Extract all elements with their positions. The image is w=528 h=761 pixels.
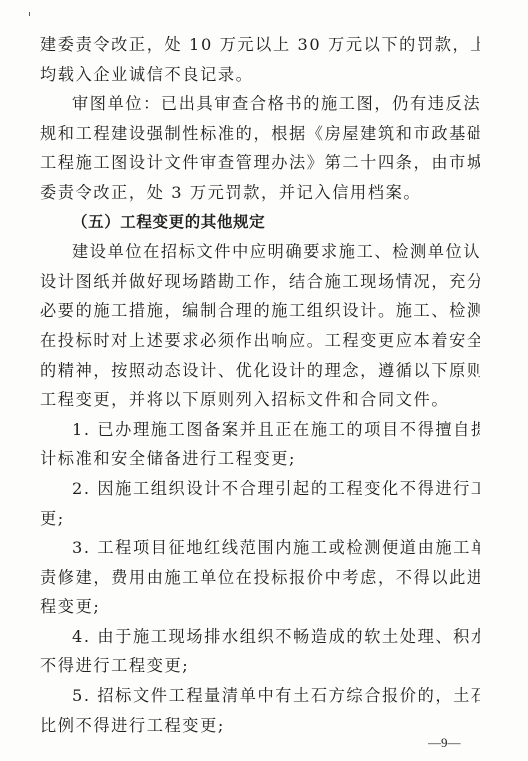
text-line: 委责令改正，处 3 万元罚款，并记入信用档案。	[40, 178, 480, 208]
list-item-3: 3. 工程项目征地红线范围内施工或检测便道由施工单位负 责修建，费用由施工单位在…	[40, 533, 480, 622]
text-line: 3. 工程项目征地红线范围内施工或检测便道由施工单位负	[40, 533, 480, 563]
list-item-5: 5. 招标文件工程量清单中有土石方综合报价的，土石成分 比例不得进行工程变更;	[40, 681, 480, 740]
paragraph-penalty-continuation: 建委责令改正，处 10 万元以上 30 万元以下的罚款，上述行为 均载入企业诚信…	[40, 30, 480, 89]
text-line: 责修建，费用由施工单位在投标报价中考虑，不得以此进行工	[40, 563, 480, 593]
text-line: 5. 招标文件工程量清单中有土石方综合报价的，土石成分	[40, 681, 480, 711]
text-line: 程变更;	[40, 592, 480, 622]
text-line: 4. 由于施工现场排水组织不畅造成的软土处理、积水排放	[40, 622, 480, 652]
text-line: 设计图纸并做好现场踏勘工作，结合施工现场情况，充分考虑	[40, 267, 480, 297]
page-number: —9—	[428, 735, 461, 751]
text-line: 1. 已办理施工图备案并且正在施工的项目不得擅自提高设	[40, 415, 480, 445]
text-line: 更;	[40, 504, 480, 534]
list-item-2: 2. 因施工组织设计不合理引起的工程变化不得进行工程变 更;	[40, 474, 480, 533]
document-page: 建委责令改正，处 10 万元以上 30 万元以下的罚款，上述行为 均载入企业诚信…	[0, 0, 528, 761]
text-line: 的精神，按照动态设计、优化设计的理念，遵循以下原则进行	[40, 356, 480, 386]
paragraph-bidding-requirements: 建设单位在招标文件中应明确要求施工、检测单位认真审阅 设计图纸并做好现场踏勘工作…	[40, 237, 480, 415]
text-line: 2. 因施工组织设计不合理引起的工程变化不得进行工程变	[40, 474, 480, 504]
text-line: 工程施工图设计文件审查管理办法》第二十四条，由市城乡建	[40, 148, 480, 178]
paragraph-review-unit: 审图单位：已出具审查合格书的施工图，仍有违反法律、法 规和工程建设强制性标准的，…	[40, 89, 480, 207]
text-line: 比例不得进行工程变更;	[40, 711, 480, 741]
text-line: 均载入企业诚信不良记录。	[40, 60, 480, 90]
document-body: 建委责令改正，处 10 万元以上 30 万元以下的罚款，上述行为 均载入企业诚信…	[40, 30, 480, 740]
text-line: 建设单位在招标文件中应明确要求施工、检测单位认真审阅	[40, 237, 480, 267]
text-line: 工程变更，并将以下原则列入招标文件和合同文件。	[40, 385, 480, 415]
text-line: 不得进行工程变更;	[40, 651, 480, 681]
list-item-4: 4. 由于施工现场排水组织不畅造成的软土处理、积水排放 不得进行工程变更;	[40, 622, 480, 681]
text-line: 建委责令改正，处 10 万元以上 30 万元以下的罚款，上述行为	[40, 30, 480, 60]
scan-artifact	[29, 12, 30, 16]
text-line: 在投标时对上述要求必须作出响应。工程变更应本着安全经济	[40, 326, 480, 356]
text-line: 计标准和安全储备进行工程变更;	[40, 444, 480, 474]
section-heading: （五）工程变更的其他规定	[40, 208, 480, 238]
text-line: 审图单位：已出具审查合格书的施工图，仍有违反法律、法	[40, 89, 480, 119]
text-line: 必要的施工措施，编制合理的施工组织设计。施工、检测单位	[40, 296, 480, 326]
list-item-1: 1. 已办理施工图备案并且正在施工的项目不得擅自提高设 计标准和安全储备进行工程…	[40, 415, 480, 474]
text-line: 规和工程建设强制性标准的，根据《房屋建筑和市政基础设施	[40, 119, 480, 149]
